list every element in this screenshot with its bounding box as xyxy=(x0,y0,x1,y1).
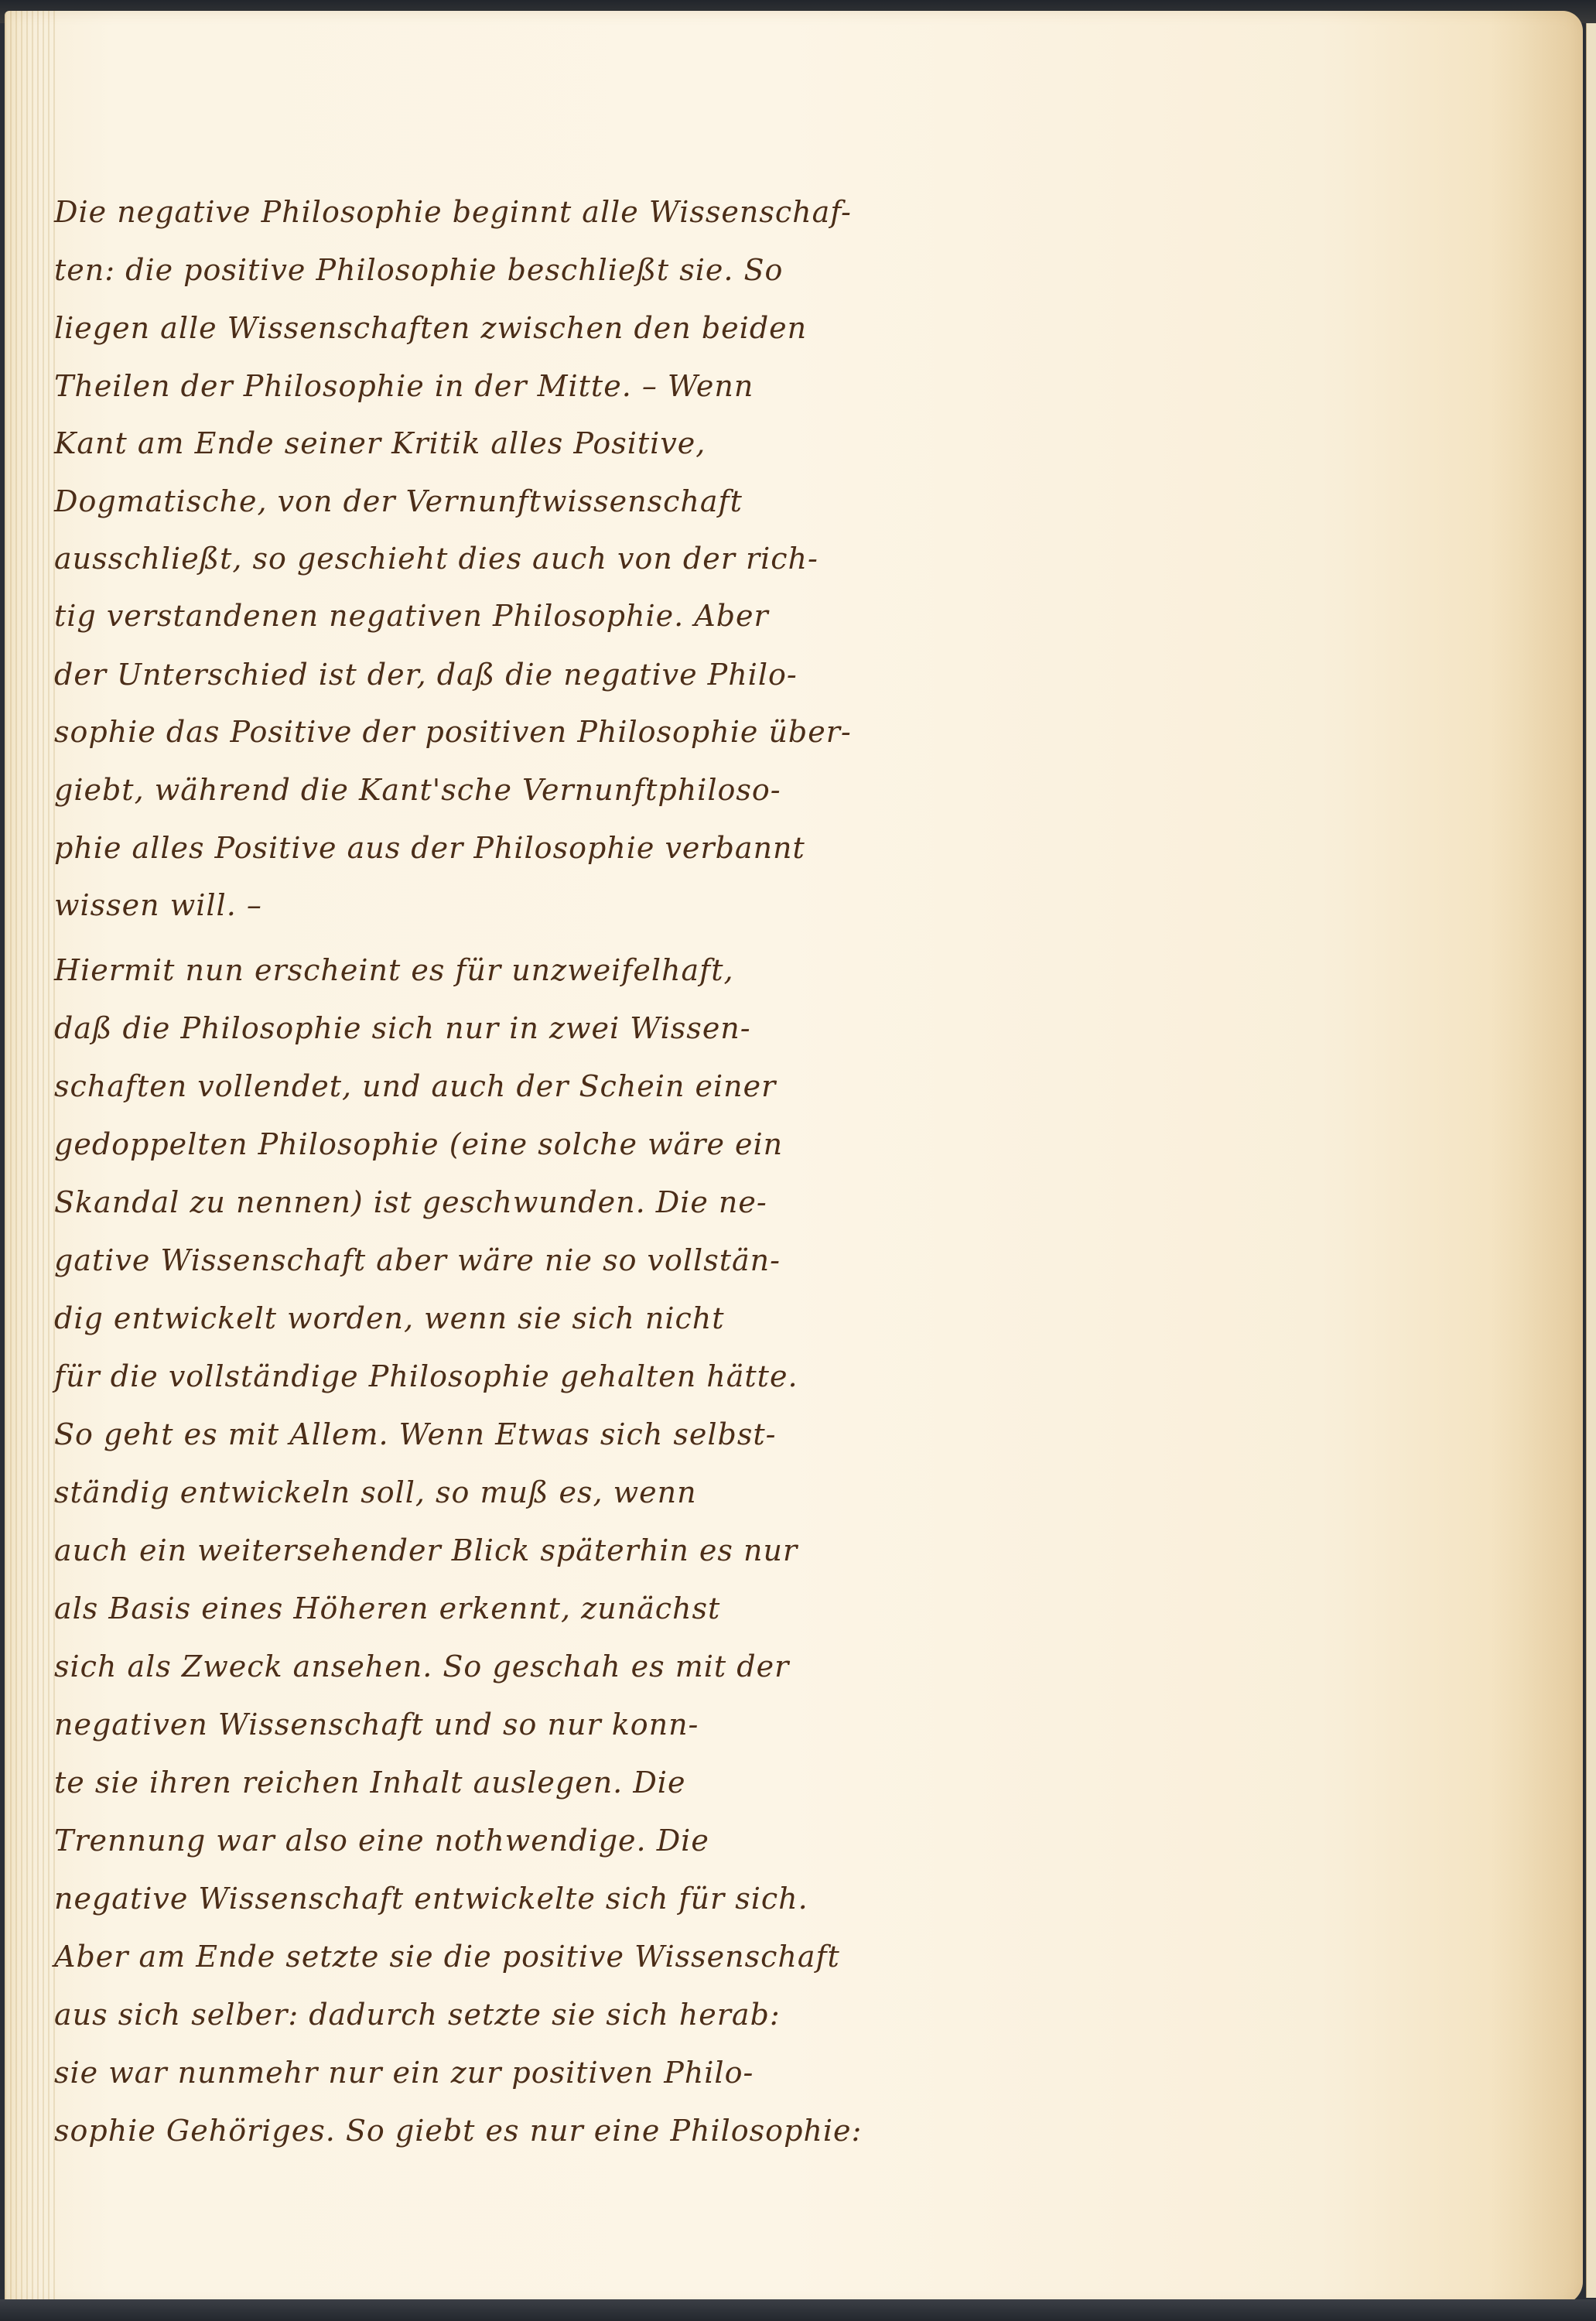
text-line: tig verstandenen negativen Philosophie. … xyxy=(54,599,769,633)
text-line: für die vollständige Philosophie gehalte… xyxy=(54,1359,798,1393)
text-line: sophie Gehöriges. So giebt es nur eine P… xyxy=(54,2114,862,2148)
text-line: Skandal zu nennen) ist geschwunden. Die … xyxy=(54,1185,767,1219)
text-line: te sie ihren reichen Inhalt auslegen. Di… xyxy=(54,1766,685,1800)
text-line: giebt, während die Kant'sche Vernunftphi… xyxy=(54,773,781,807)
text-line: Die negative Philosophie beginnt alle Wi… xyxy=(54,195,852,229)
binding-gutter xyxy=(1490,11,1583,2305)
text-line: Aber am Ende setzte sie die positive Wis… xyxy=(54,1940,840,1974)
text-line: ausschließt, so geschieht dies auch von … xyxy=(54,542,819,576)
text-line: daß die Philosophie sich nur in zwei Wis… xyxy=(54,1011,751,1045)
text-line: Kant am Ende seiner Kritik alles Positiv… xyxy=(54,426,706,460)
text-line: der Unterschied ist der, daß die negativ… xyxy=(54,658,798,692)
text-line: Trennung war also eine nothwendige. Die xyxy=(54,1824,709,1858)
text-line: wissen will. – xyxy=(54,888,262,922)
text-line: Dogmatische, von der Vernunftwissenschaf… xyxy=(54,484,743,518)
text-line: liegen alle Wissenschaften zwischen den … xyxy=(54,311,807,345)
text-line: sich als Zweck ansehen. So geschah es mi… xyxy=(54,1649,789,1683)
text-line: negative Wissenschaft entwickelte sich f… xyxy=(54,1882,808,1916)
text-line: gedoppelten Philosophie (eine solche wär… xyxy=(54,1127,783,1161)
text-line: phie alles Positive aus der Philosophie … xyxy=(54,831,805,865)
text-line: auch ein weitersehender Blick späterhin … xyxy=(54,1533,798,1567)
scanner-bottom-edge xyxy=(0,2299,1596,2321)
text-line: gative Wissenschaft aber wäre nie so vol… xyxy=(54,1243,781,1277)
text-line: Hiermit nun erscheint es für unzweifelha… xyxy=(54,953,734,987)
text-line: Theilen der Philosophie in der Mitte. – … xyxy=(54,369,754,403)
text-line: ten: die positive Philosophie beschließt… xyxy=(54,253,783,287)
adjacent-page-edge xyxy=(1586,23,1596,2298)
text-line: sie war nunmehr nur ein zur positiven Ph… xyxy=(54,2056,754,2090)
text-line: So geht es mit Allem. Wenn Etwas sich se… xyxy=(54,1417,776,1451)
text-line: aus sich selber: dadurch setzte sie sich… xyxy=(54,1998,781,2032)
text-line: ständig entwickeln soll, so muß es, wenn xyxy=(54,1475,697,1509)
manuscript-page: Die negative Philosophie beginnt alle Wi… xyxy=(5,11,1583,2305)
text-line: negativen Wissenschaft und so nur konn- xyxy=(54,1707,699,1742)
text-line: als Basis eines Höheren erkennt, zunächs… xyxy=(54,1591,720,1625)
text-line: schaften vollendet, und auch der Schein … xyxy=(54,1069,776,1103)
text-line: dig entwickelt worden, wenn sie sich nic… xyxy=(54,1301,725,1335)
page-stack-edge xyxy=(5,11,59,2305)
text-line: sophie das Positive der positiven Philos… xyxy=(54,715,852,749)
